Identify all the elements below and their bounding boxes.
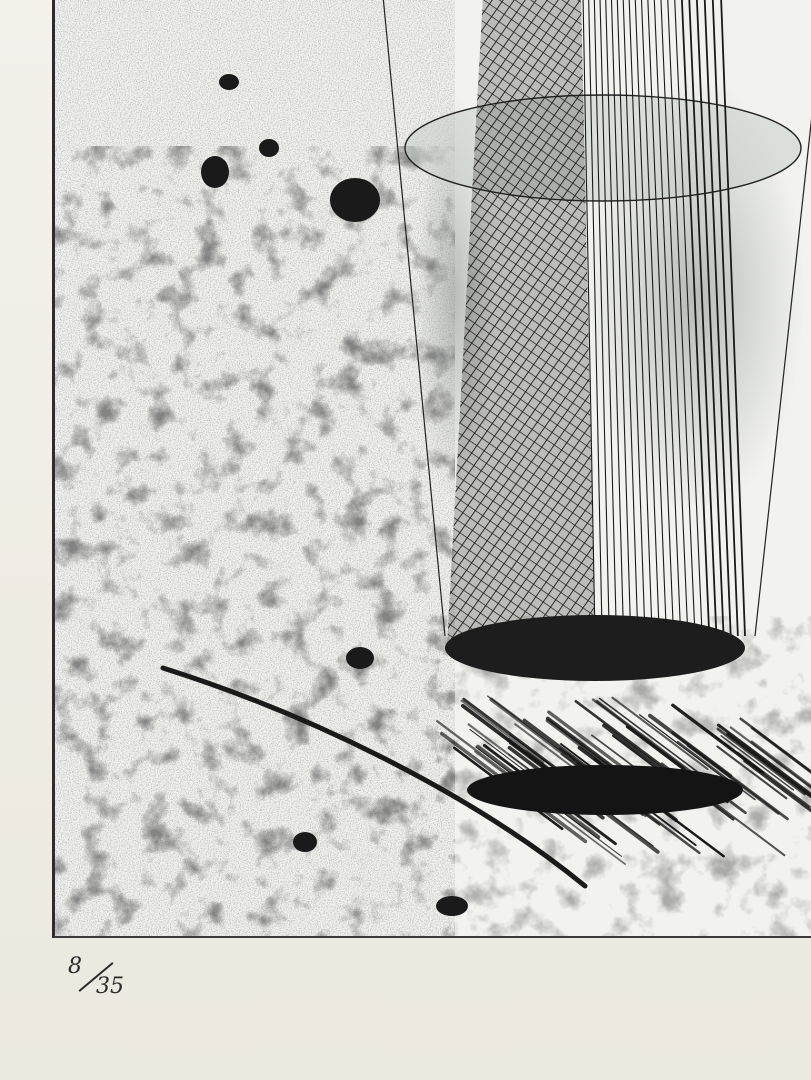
edition-denominator: 35 — [96, 974, 124, 999]
edition-number: 8 35 — [66, 948, 146, 1008]
paper-sheet: 8 35 — [0, 0, 811, 1080]
edition-numerator: 8 — [68, 954, 82, 979]
etching-artwork — [55, 0, 811, 936]
etching-plate — [52, 0, 811, 938]
